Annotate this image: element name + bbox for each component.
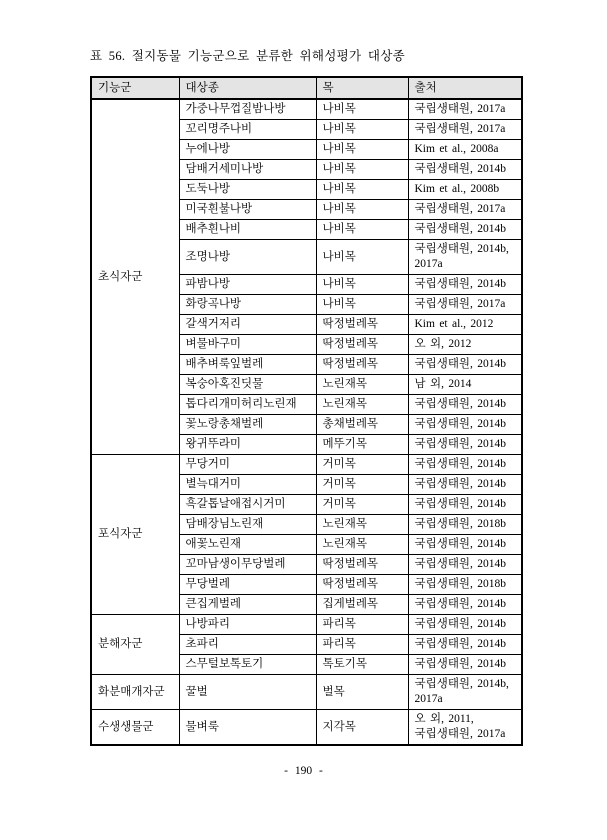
order-cell: 톡토기목 [316, 655, 408, 675]
species-cell: 화랑곡나방 [179, 295, 316, 315]
source-cell: 국립생태원, 2014b [408, 475, 522, 495]
source-cell: 국립생태원, 2014b [408, 455, 522, 475]
species-cell: 담배거세미나방 [179, 160, 316, 180]
order-cell: 나비목 [316, 240, 408, 275]
species-cell: 조명나방 [179, 240, 316, 275]
order-cell: 지각목 [316, 710, 408, 746]
table-row: 초식자군가중나무껍질밤나방나비목국립생태원, 2017a [91, 99, 522, 120]
table-header-row: 기능군 대상종 목 출처 [91, 77, 522, 99]
header-cell-source: 출처 [408, 77, 522, 99]
species-cell: 꽃노랑총채벌레 [179, 415, 316, 435]
source-cell: 국립생태원, 2014b [408, 615, 522, 635]
species-cell: 누에나방 [179, 140, 316, 160]
group-cell: 포식자군 [91, 455, 179, 615]
source-cell: 남 외, 2014 [408, 375, 522, 395]
order-cell: 파리목 [316, 615, 408, 635]
species-cell: 배추흰나비 [179, 220, 316, 240]
order-cell: 나비목 [316, 120, 408, 140]
source-cell: 국립생태원, 2014b [408, 275, 522, 295]
order-cell: 나비목 [316, 180, 408, 200]
species-cell: 벼물바구미 [179, 335, 316, 355]
source-cell: 국립생태원, 2017a [408, 120, 522, 140]
source-cell: 국립생태원, 2017a [408, 99, 522, 120]
order-cell: 딱정벌레목 [316, 555, 408, 575]
order-cell: 노린재목 [316, 515, 408, 535]
order-cell: 노린재목 [316, 395, 408, 415]
page-number: - 190 - [0, 765, 607, 777]
source-cell: 국립생태원, 2014b [408, 555, 522, 575]
source-cell: 국립생태원, 2014b, 2017a [408, 240, 522, 275]
source-cell: 국립생태원, 2014b [408, 220, 522, 240]
species-cell: 꿀벌 [179, 675, 316, 710]
species-cell: 꼬마남생이무당벌레 [179, 555, 316, 575]
species-cell: 물벼룩 [179, 710, 316, 746]
table-title: 표 56. 절지동물 기능군으로 분류한 위해성평가 대상종 [90, 46, 521, 64]
species-cell: 무당벌레 [179, 575, 316, 595]
species-cell: 배추벼룩잎벌레 [179, 355, 316, 375]
order-cell: 집게벌레목 [316, 595, 408, 615]
table-body: 초식자군가중나무껍질밤나방나비목국립생태원, 2017a꼬리명주나비나비목국립생… [91, 99, 522, 745]
species-cell: 복숭아혹진딧물 [179, 375, 316, 395]
table-row: 수생생물군물벼룩지각목오 외, 2011, 국립생태원, 2017a [91, 710, 522, 746]
source-cell: 오 외, 2011, 국립생태원, 2017a [408, 710, 522, 746]
order-cell: 딱정벌레목 [316, 355, 408, 375]
order-cell: 나비목 [316, 295, 408, 315]
header-cell-functional-group: 기능군 [91, 77, 179, 99]
source-cell: 국립생태원, 2014b [408, 535, 522, 555]
species-cell: 별늑대거미 [179, 475, 316, 495]
document-page: 표 56. 절지동물 기능군으로 분류한 위해성평가 대상종 기능군 대상종 목… [0, 0, 607, 840]
page-content: 표 56. 절지동물 기능군으로 분류한 위해성평가 대상종 기능군 대상종 목… [90, 46, 521, 746]
order-cell: 나비목 [316, 220, 408, 240]
order-cell: 나비목 [316, 99, 408, 120]
order-cell: 메뚜기목 [316, 435, 408, 455]
species-cell: 파밤나방 [179, 275, 316, 295]
source-cell: 국립생태원, 2018b [408, 575, 522, 595]
order-cell: 딱정벌레목 [316, 315, 408, 335]
order-cell: 거미목 [316, 495, 408, 515]
species-cell: 스무털보톡토기 [179, 655, 316, 675]
source-cell: 국립생태원, 2014b [408, 655, 522, 675]
source-cell: 국립생태원, 2014b [408, 415, 522, 435]
source-cell: 국립생태원, 2014b [408, 160, 522, 180]
table-row: 분해자군나방파리파리목국립생태원, 2014b [91, 615, 522, 635]
order-cell: 파리목 [316, 635, 408, 655]
species-cell: 꼬리명주나비 [179, 120, 316, 140]
species-cell: 도둑나방 [179, 180, 316, 200]
source-cell: 국립생태원, 2014b [408, 395, 522, 415]
source-cell: 국립생태원, 2014b [408, 595, 522, 615]
source-cell: 오 외, 2012 [408, 335, 522, 355]
order-cell: 나비목 [316, 200, 408, 220]
table-row: 화분매개자군꿀벌벌목국립생태원, 2014b, 2017a [91, 675, 522, 710]
order-cell: 거미목 [316, 475, 408, 495]
source-cell: 국립생태원, 2014b, 2017a [408, 675, 522, 710]
source-cell: Kim et al., 2012 [408, 315, 522, 335]
order-cell: 노린재목 [316, 535, 408, 555]
species-cell: 왕귀뚜라미 [179, 435, 316, 455]
species-cell: 무당거미 [179, 455, 316, 475]
source-cell: 국립생태원, 2014b [408, 495, 522, 515]
group-cell: 분해자군 [91, 615, 179, 675]
header-cell-order: 목 [316, 77, 408, 99]
order-cell: 거미목 [316, 455, 408, 475]
order-cell: 딱정벌레목 [316, 335, 408, 355]
species-cell: 나방파리 [179, 615, 316, 635]
order-cell: 나비목 [316, 140, 408, 160]
group-cell: 수생생물군 [91, 710, 179, 746]
order-cell: 총채벌레목 [316, 415, 408, 435]
source-cell: Kim et al., 2008a [408, 140, 522, 160]
group-cell: 초식자군 [91, 99, 179, 455]
header-cell-target-species: 대상종 [179, 77, 316, 99]
group-cell: 화분매개자군 [91, 675, 179, 710]
order-cell: 노린재목 [316, 375, 408, 395]
source-cell: Kim et al., 2008b [408, 180, 522, 200]
species-cell: 담배장님노린재 [179, 515, 316, 535]
species-table: 기능군 대상종 목 출처 초식자군가중나무껍질밤나방나비목국립생태원, 2017… [90, 76, 523, 746]
species-cell: 톱다리개미허리노린재 [179, 395, 316, 415]
species-cell: 갈색거저리 [179, 315, 316, 335]
order-cell: 딱정벌레목 [316, 575, 408, 595]
table-row: 포식자군무당거미거미목국립생태원, 2014b [91, 455, 522, 475]
order-cell: 나비목 [316, 275, 408, 295]
source-cell: 국립생태원, 2017a [408, 200, 522, 220]
source-cell: 국립생태원, 2017a [408, 295, 522, 315]
order-cell: 벌목 [316, 675, 408, 710]
species-cell: 흑갈톱날애접시거미 [179, 495, 316, 515]
species-cell: 가중나무껍질밤나방 [179, 99, 316, 120]
species-cell: 초파리 [179, 635, 316, 655]
source-cell: 국립생태원, 2018b [408, 515, 522, 535]
source-cell: 국립생태원, 2014b [408, 355, 522, 375]
species-cell: 애꽃노린재 [179, 535, 316, 555]
species-cell: 미국흰불나방 [179, 200, 316, 220]
source-cell: 국립생태원, 2014b [408, 435, 522, 455]
species-cell: 큰집게벌레 [179, 595, 316, 615]
source-cell: 국립생태원, 2014b [408, 635, 522, 655]
order-cell: 나비목 [316, 160, 408, 180]
